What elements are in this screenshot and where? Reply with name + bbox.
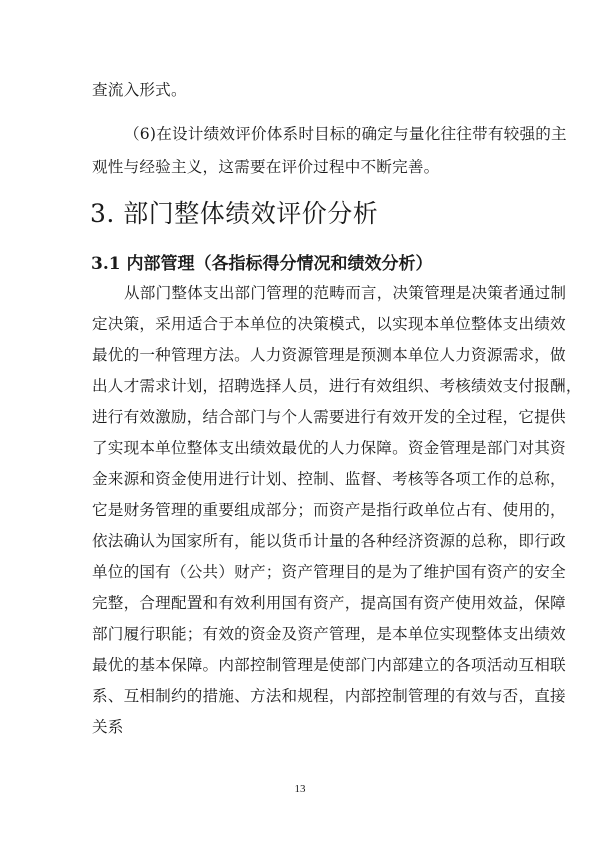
page-number: 13 — [0, 783, 600, 795]
paragraph-line: 完整，合理配置和有效利用国有资产，提高国有资产使用效益，保障 — [92, 593, 516, 613]
text-line: 查流入形式。 — [92, 80, 516, 100]
paragraph-line: 进行有效激励，结合部门与个人需要进行有效开发的全过程，它提供 — [92, 407, 516, 427]
paragraph-line: 定决策，采用适合于本单位的决策模式，以实现本单位整体支出绩效 — [92, 314, 516, 334]
paragraph-line: 从部门整体支出部门管理的范畴而言，决策管理是决策者通过制 — [124, 283, 516, 303]
list-item-6-line-1: （6)在设计绩效评价体系时目标的确定与量化往往带有较强的主 — [124, 124, 516, 144]
paragraph-line: 它是财务管理的重要组成部分；而资产是指行政单位占有、使用的， — [92, 500, 516, 520]
paragraph-line: 最优的基本保障。内部控制管理是使部门内部建立的各项活动互相联 — [92, 655, 516, 675]
paragraph-line: 依法确认为国家所有，能以货币计量的各种经济资源的总称，即行政 — [92, 531, 516, 551]
paragraph-line: 关系 — [92, 717, 516, 737]
list-item-6-line-2: 观性与经验主义，这需要在评价过程中不断完善。 — [92, 157, 516, 177]
section-heading: 3. 部门整体绩效评价分析 — [90, 197, 378, 231]
paragraph-line: 出人才需求计划，招聘选择人员，进行有效组织、考核绩效支付报酬， — [92, 376, 516, 396]
paragraph-line: 单位的国有（公共）财产；资产管理目的是为了维护国有资产的安全 — [92, 562, 516, 582]
subsection-heading: 3.1 内部管理（各指标得分情况和绩效分析） — [91, 252, 433, 276]
paragraph-line: 最优的一种管理方法。人力资源管理是预测本单位人力资源需求，做 — [92, 345, 516, 365]
paragraph-line: 金来源和资金使用进行计划、控制、监督、考核等各项工作的总称， — [92, 469, 516, 489]
paragraph-line: 部门履行职能；有效的资金及资产管理，是本单位实现整体支出绩效 — [92, 624, 516, 644]
paragraph-line: 了实现本单位整体支出绩效最优的人力保障。资金管理是部门对其资 — [92, 438, 516, 458]
paragraph-line: 系、互相制约的措施、方法和规程，内部控制管理的有效与否，直接 — [92, 686, 516, 706]
